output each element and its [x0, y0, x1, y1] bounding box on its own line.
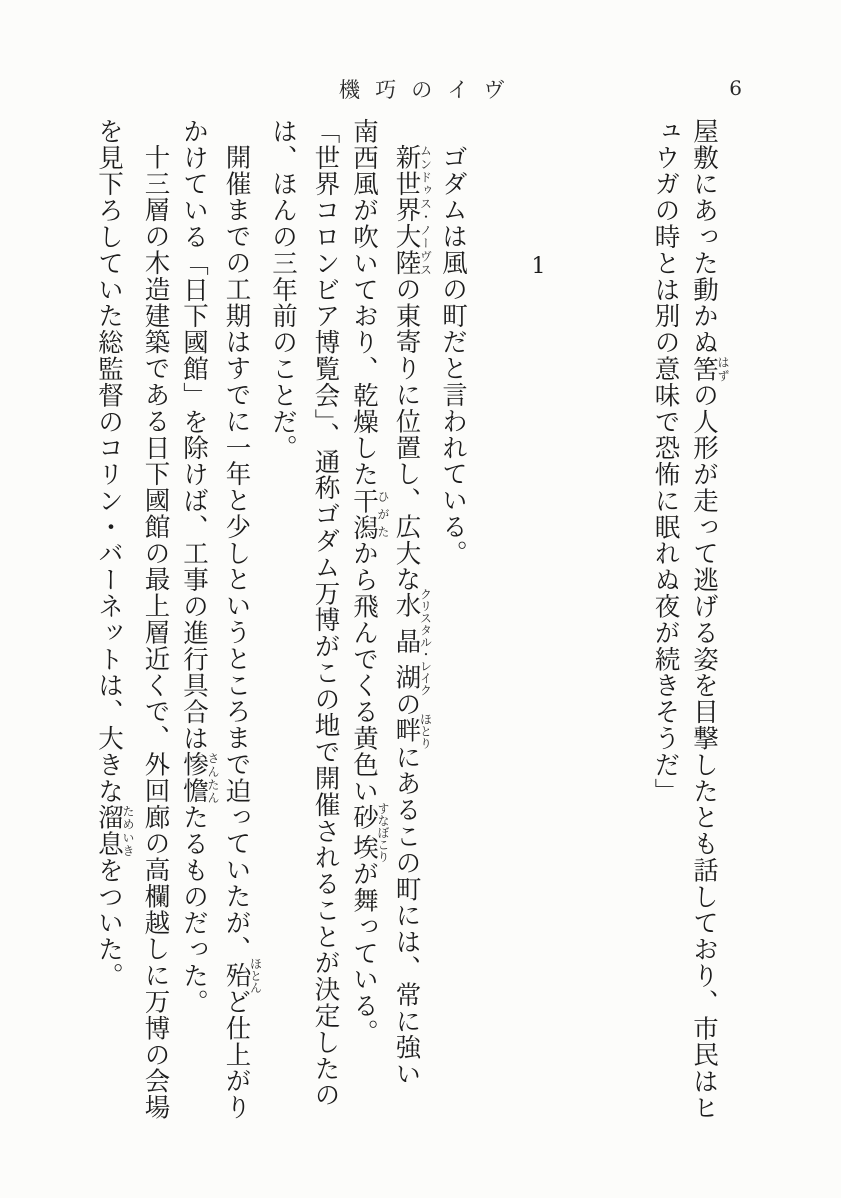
ruby-term: 水晶湖クリスタル・レイク — [392, 592, 422, 690]
text-line: を見下ろしていた総監督のコリン・バーネットは、大きな溜息ためいきをついた。 — [92, 118, 135, 1110]
text-line: 屋敷にあった動かぬ筈はずの人形が走って逃げる姿を目撃したとも話しており、市民はヒ — [687, 118, 730, 1110]
running-title: 機巧のイヴ — [339, 74, 520, 104]
text-line: 南西風が吹いており、乾燥した干潟ひがたから飛んでくる黄色い砂埃すなぼこりが舞って… — [347, 118, 390, 1110]
book-page: 機巧のイヴ 6 屋敷にあった動かぬ筈はずの人形が走って逃げる姿を目撃したとも話し… — [0, 0, 841, 1198]
text-line: は、ほんの三年前のことだ。 — [262, 118, 305, 1110]
section-number-heading: 1 — [517, 118, 560, 1110]
page-header: 機巧のイヴ 6 — [0, 74, 841, 102]
paragraph-group-after-heading: ゴダムは風の町だと言われている。新世界大陸ムンドゥス・ノーヴスの東寄りに位置し、… — [92, 118, 475, 1110]
ruby-term: 砂埃すなぼこり — [349, 804, 379, 860]
text-line: 「世界コロンビア博覧会」、通称ゴダム万博がこの地で開催されることが決定したの — [304, 118, 347, 1110]
text-line: ュウガの時とは別の意味で恐怖に眠れぬ夜が続きそうだ」 — [644, 118, 687, 1110]
ruby-term: 干潟ひがた — [349, 488, 379, 541]
ruby-term: 惨憺さんたん — [179, 751, 209, 804]
ruby-term: 畔ほとり — [392, 717, 422, 743]
ruby-term: 新世界大陸ムンドゥス・ノーヴス — [392, 144, 422, 276]
page-number: 6 — [729, 76, 742, 100]
text-line: 十三層の木造建築である日下國館の最上層近くで、外回廊の高欄越しに万博の会場 — [134, 118, 177, 1110]
paragraph-group-before-heading: 屋敷にあった動かぬ筈はずの人形が走って逃げる姿を目撃したとも話しており、市民はヒ… — [644, 118, 729, 1110]
page-body: 屋敷にあった動かぬ筈はずの人形が走って逃げる姿を目撃したとも話しており、市民はヒ… — [92, 118, 730, 1110]
text-line: かけている「日下國館」を除けば、工事の進行具合は惨憺さんたんたるものだった。 — [177, 118, 220, 1110]
text-line: 新世界大陸ムンドゥス・ノーヴスの東寄りに位置し、広大な水晶湖クリスタル・レイクの… — [389, 118, 432, 1110]
text-line: ゴダムは風の町だと言われている。 — [432, 118, 475, 1110]
text-line: 開催までの工期はすでに一年と少しというところまで迫っていたが、殆ほとんど仕上がり — [219, 118, 262, 1110]
ruby-term: 筈はず — [689, 356, 719, 382]
ruby-term: 溜息ためいき — [94, 804, 124, 857]
ruby-term: 殆ほとん — [222, 962, 252, 988]
